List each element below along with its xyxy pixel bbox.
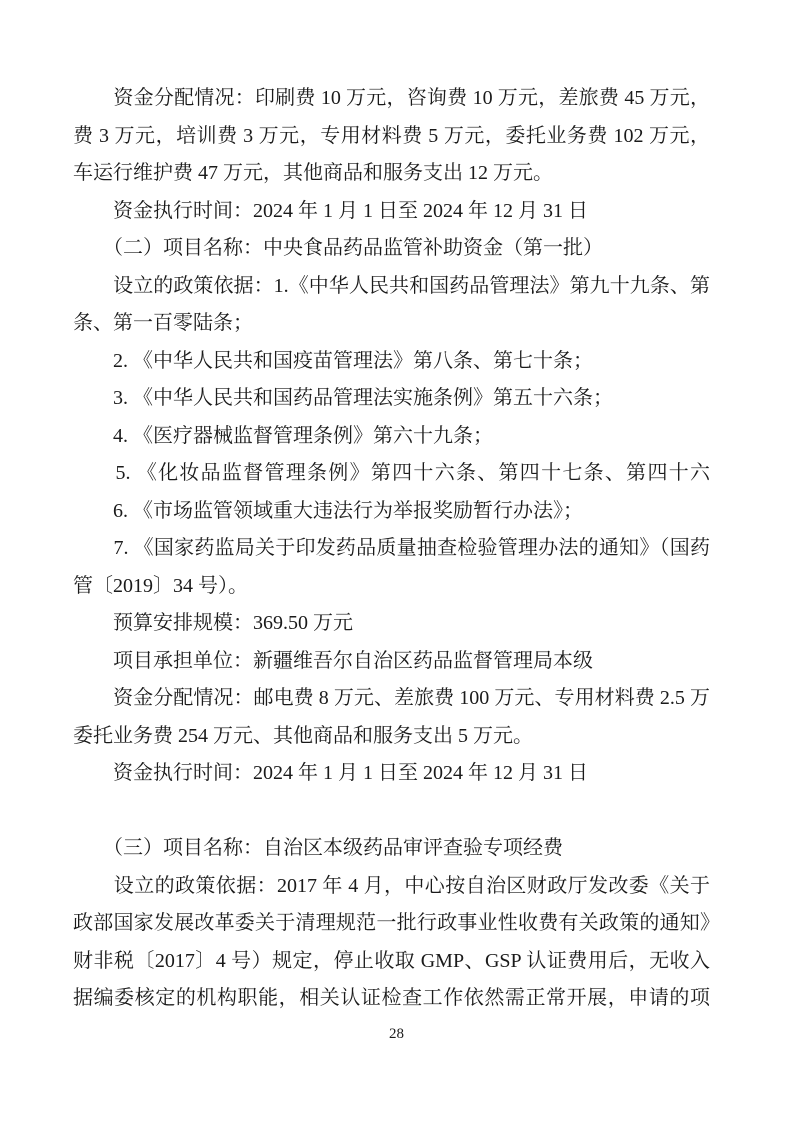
page-number: 28 [0,1015,793,1053]
text-line: （二）项目名称：中央食品药品监管补助资金（第一批） [73,230,710,268]
text-line: 7. 《国家药监局关于印发药品质量抽查检验管理办法的通知》（国药监药 [73,530,710,568]
text-line: 条、第一百零陆条； [73,305,710,343]
text-line: 3. 《中华人民共和国药品管理法实施条例》第五十六条； [73,380,710,418]
text-line: 4. 《医疗器械监督管理条例》第六十九条； [73,418,710,456]
text-line: 设立的政策依据：1.《中华人民共和国药品管理法》第九十九条、第一百 [73,268,710,306]
text-line: 委托业务费 254 万元、其他商品和服务支出 5 万元。 [73,718,710,756]
text-line: 2. 《中华人民共和国疫苗管理法》第八条、第七十条； [73,343,710,381]
text-line: 项目承担单位：新疆维吾尔自治区药品监督管理局本级 [73,643,710,681]
text-line: 费 3 万元，培训费 3 万元，专用材料费 5 万元，委托业务费 102 万元，… [73,118,710,156]
text-line: 5. 《化妆品监督管理条例》第四十六条、第四十七条、第四十六条； [73,455,710,493]
text-line: 车运行维护费 47 万元，其他商品和服务支出 12 万元。 [73,155,710,193]
text-line: 据编委核定的机构职能，相关认证检查工作依然需正常开展，申请的项目资金 [73,980,710,1018]
text-line: 财非税〔2017〕4 号）规定，停止收取 GMP、GSP 认证费用后，无收入来源… [73,943,710,981]
text-line: 资金执行时间：2024 年 1 月 1 日至 2024 年 12 月 31 日 [73,755,710,793]
text-line: 预算安排规模：369.50 万元 [73,605,710,643]
text-line: 资金分配情况：印刷费 10 万元，咨询费 10 万元，差旅费 45 万元，租赁 [73,80,710,118]
text-line: 资金分配情况：邮电费 8 万元、差旅费 100 万元、专用材料费 2.5 万元、 [73,680,710,718]
text-line: 管〔2019〕34 号）。 [73,568,710,606]
text-line: 6. 《市场监管领域重大违法行为举报奖励暂行办法》； [73,493,710,531]
text-line [73,793,710,831]
text-line: 政部国家发展改革委关于清理规范一批行政事业性收费有关政策的通知》（新 [73,905,710,943]
text-line: （三）项目名称：自治区本级药品审评查验专项经费 [73,830,710,868]
text-line: 资金执行时间：2024 年 1 月 1 日至 2024 年 12 月 31 日 [73,193,710,231]
text-line: 设立的政策依据：2017 年 4 月，中心按自治区财政厅发改委《关于转发财 [73,868,710,906]
document-page: 资金分配情况：印刷费 10 万元，咨询费 10 万元，差旅费 45 万元，租赁费… [0,0,793,1122]
document-body: 资金分配情况：印刷费 10 万元，咨询费 10 万元，差旅费 45 万元，租赁费… [73,80,710,1018]
